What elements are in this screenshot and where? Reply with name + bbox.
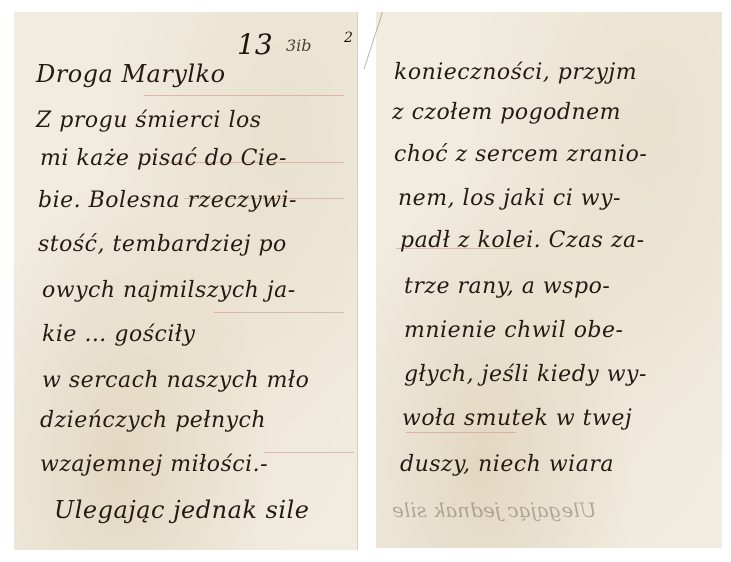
letter-page-left: 13 3ib 2 Droga Marylko Z progu śmierci l… bbox=[14, 12, 358, 550]
letter-line: Z progu śmierci los bbox=[36, 110, 262, 132]
letter-line: duszy, niech wiara bbox=[400, 454, 614, 476]
letter-line: trze rany, a wspo- bbox=[404, 276, 610, 298]
folio-number: 13 bbox=[237, 28, 273, 61]
letter-line: nem, los jaki ci wy- bbox=[398, 188, 621, 210]
ruled-line bbox=[264, 452, 354, 453]
letter-line: padł z kolei. Czas za- bbox=[400, 230, 645, 252]
letter-line: wzajemnej miłości.- bbox=[40, 454, 268, 476]
letter-line: owych najmilszych ja- bbox=[42, 280, 296, 302]
letter-line: mi każe pisać do Cie- bbox=[40, 148, 287, 170]
letter-line: Ulegając jednak sile bbox=[54, 498, 309, 522]
letter-greeting: Droga Marylko bbox=[36, 62, 226, 86]
ruled-line bbox=[144, 95, 344, 96]
letter-line: dzieńczych pełnych bbox=[40, 410, 266, 432]
ruled-line bbox=[214, 312, 344, 313]
catalog-mark: 3ib bbox=[286, 36, 312, 55]
torn-edge bbox=[363, 12, 382, 69]
letter-line: mnienie chwil obe- bbox=[404, 320, 623, 342]
bleed-through-text: Ulegając jednak sile bbox=[392, 498, 597, 522]
letter-line: w sercach naszych mło bbox=[42, 370, 309, 392]
letter-line: woła smutek w twej bbox=[402, 408, 632, 430]
letter-line: głych, jeśli kiedy wy- bbox=[404, 364, 647, 386]
letter-line: choć z sercem zranio- bbox=[394, 144, 647, 166]
letter-line: z czołem pogodnem bbox=[392, 102, 621, 124]
corner-mark: 2 bbox=[344, 30, 353, 46]
letter-line: stość, tembardziej po bbox=[38, 234, 287, 256]
letter-line: konieczności, przyjm bbox=[394, 62, 637, 84]
letter-line: kie … gościły bbox=[42, 324, 195, 346]
letter-line: bie. Bolesna rzeczywi- bbox=[38, 190, 297, 212]
ruled-line bbox=[406, 432, 516, 433]
letter-page-right: konieczności, przyjm z czołem pogodnem c… bbox=[376, 12, 722, 548]
